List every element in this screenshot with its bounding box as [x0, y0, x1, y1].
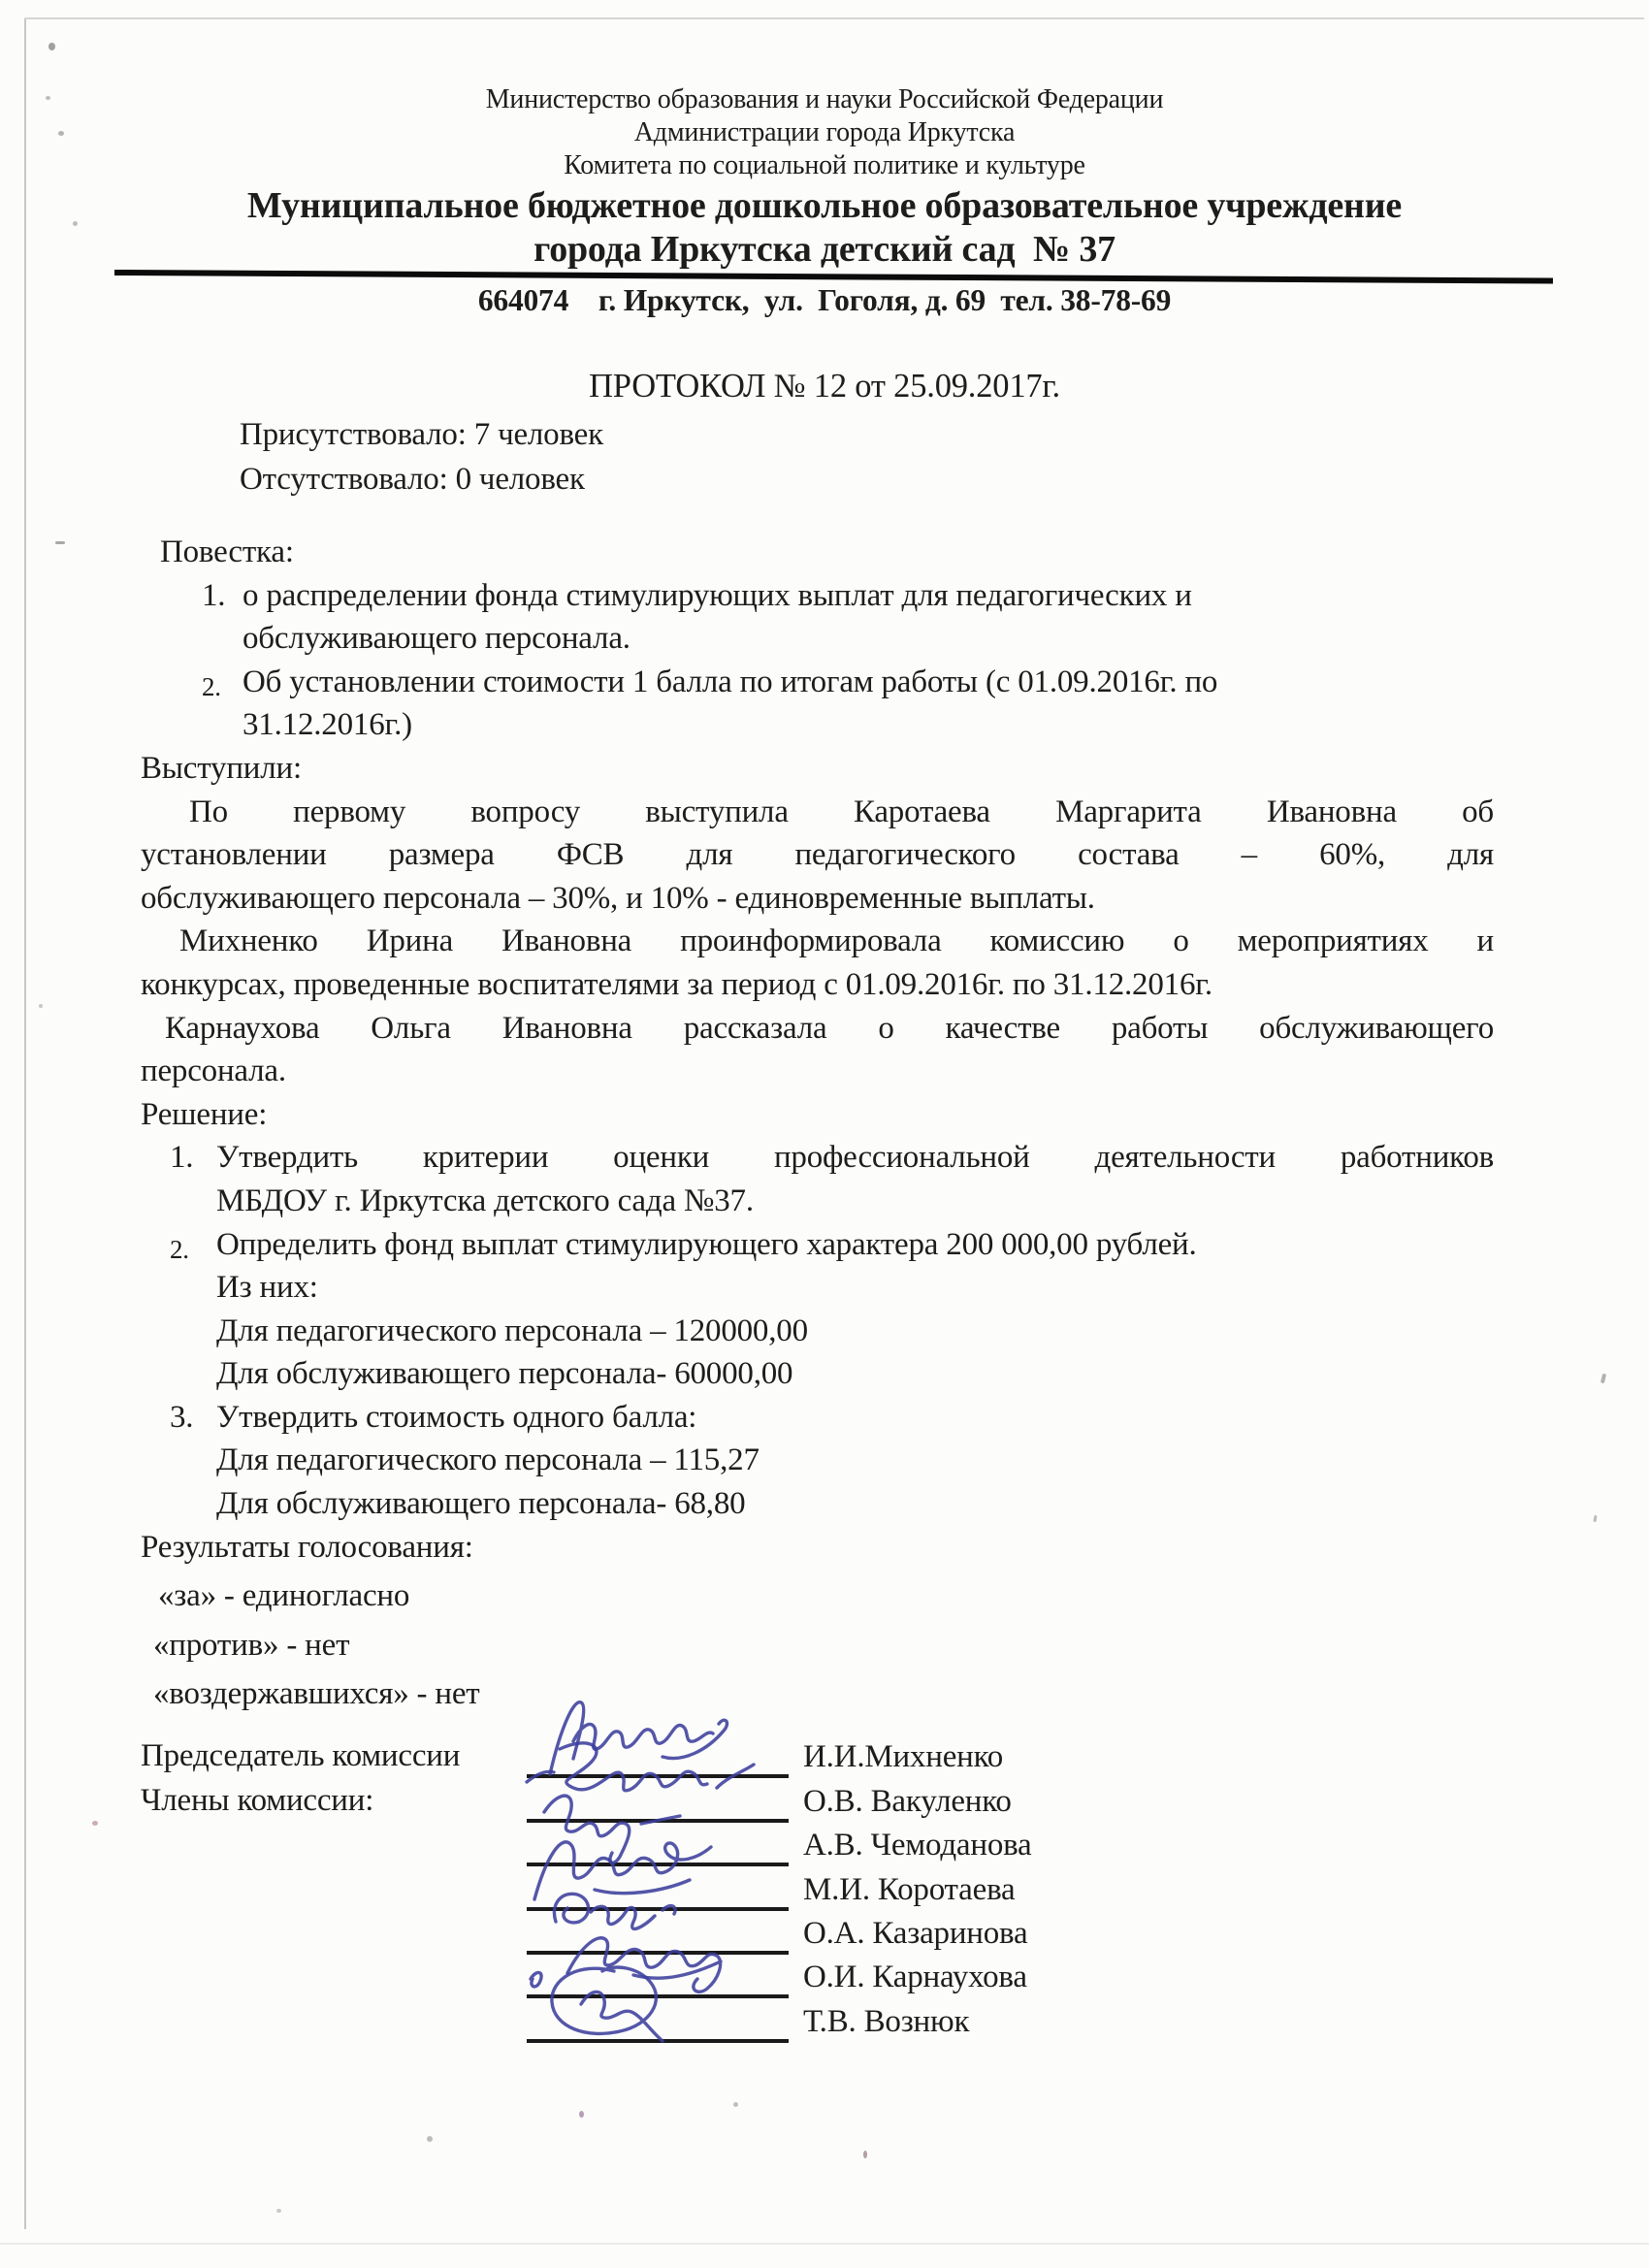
organization-name-line1: Муниципальное бюджетное дошкольное образ… — [0, 184, 1649, 228]
agenda-item-1-line-2: обслуживающего персонала. — [141, 617, 1494, 661]
scan-speck — [55, 541, 65, 544]
agenda-item-2: 2. Об установлении стоимости 1 балла по … — [141, 661, 1494, 704]
scan-speck — [427, 2136, 433, 2142]
decision-item-1-line-2: МБДОУ г. Иркутска детского сада №37. — [141, 1180, 1494, 1223]
scan-speck — [1600, 1374, 1606, 1384]
decision-item-2-line-4: Для обслуживающего персонала- 60000,00 — [141, 1352, 1494, 1396]
scan-speck — [39, 1004, 43, 1008]
decision-item-1-number: 1. — [170, 1136, 193, 1180]
signature-row-member: Т.В. Вознюк — [141, 1998, 1305, 2042]
signatory-name: М.И. Коротаева — [789, 1872, 1015, 1911]
letterhead-address: 664074 г. Иркутск, ул. Гоголя, д. 69 тел… — [0, 283, 1649, 318]
organization-name: Муниципальное бюджетное дошкольное образ… — [0, 184, 1649, 272]
decision-item-3-line-2: Для педагогического персонала – 115,27 — [141, 1439, 1494, 1482]
decision-item-3-number: 3. — [170, 1396, 193, 1440]
decision-item-3-line-1: Утвердить стоимость одного балла: — [216, 1396, 1494, 1440]
signature-role-label: Члены комиссии: — [141, 1783, 527, 1823]
scan-page-edge-top — [24, 17, 1644, 19]
scan-speck — [92, 1821, 98, 1826]
agenda-item-2-number: 2. — [202, 665, 221, 709]
protocol-title: ПРОТОКОЛ № 12 от 25.09.2017г. — [0, 368, 1649, 405]
speech-paragraph-2-line-2: конкурсах, проведенные воспитателями за … — [141, 963, 1494, 1007]
attendance-absent: Отсутствовало: 0 человек — [240, 458, 603, 502]
signatory-name: И.И.Михненко — [789, 1739, 1003, 1778]
scan-speck — [579, 2111, 584, 2118]
letterhead-committee-line: Комитета по социальной политике и культу… — [0, 149, 1649, 182]
signatory-name: О.А. Казаринова — [789, 1916, 1027, 1955]
scan-speck — [48, 43, 55, 50]
decision-item-1: 1. Утвердить критерии оценки профессиона… — [141, 1136, 1494, 1180]
attendance-present: Присутствовало: 7 человек — [240, 413, 603, 458]
voting-against: «против» - нет — [141, 1624, 1494, 1668]
signatory-name: О.В. Вакуленко — [789, 1784, 1012, 1823]
signature-role-label: Председатель комиссии — [141, 1738, 527, 1778]
speech-paragraph-1-line-3: обслуживающего персонала – 30%, и 10% - … — [141, 877, 1494, 921]
decision-item-2-line-2: Из них: — [141, 1266, 1494, 1310]
agenda-item-2-line-2: 31.12.2016г.) — [141, 703, 1494, 747]
organization-name-line2: города Иркутска детский сад № 37 — [0, 228, 1649, 272]
decision-item-2-line-1: Определить фонд выплат стимулирующего ха… — [216, 1223, 1494, 1267]
speech-paragraph-3-line-2: персонала. — [141, 1050, 1494, 1093]
speech-paragraph-1-line-2: установлении размера ФСВ для педагогичес… — [141, 833, 1494, 877]
agenda-item-1-line-1: о распределении фонда стимулирующих выпл… — [242, 574, 1494, 618]
voting-for: «за» - единогласно — [141, 1574, 1494, 1618]
letterhead-ministry-line: Министерство образования и науки Российс… — [0, 83, 1649, 116]
signatory-name: Т.В. Вознюк — [789, 2004, 969, 2043]
protocol-document-page: Министерство образования и науки Российс… — [0, 0, 1649, 2268]
decision-item-3: 3. Утвердить стоимость одного балла: — [141, 1396, 1494, 1440]
decision-heading: Решение: — [141, 1093, 1494, 1137]
speeches-heading: Выступили: — [141, 747, 1494, 791]
attendance-block: Присутствовало: 7 человек Отсутствовало:… — [240, 413, 603, 502]
signatory-name: А.В. Чемоданова — [789, 1828, 1032, 1866]
signature-block: Председатель комиссии И.И.Михненко Члены… — [141, 1734, 1305, 2043]
scan-speck — [863, 2151, 867, 2158]
speech-paragraph-1-line-1: По первому вопросу выступила Каротаева М… — [141, 791, 1494, 834]
speech-paragraph-3-line-1: Карнаухова Ольга Ивановна рассказала о к… — [141, 1007, 1494, 1051]
decision-item-2-line-3: Для педагогического персонала – 120000,0… — [141, 1310, 1494, 1353]
signature-line — [527, 1994, 789, 2042]
signatory-name: О.И. Карнаухова — [789, 1960, 1027, 1998]
letterhead: Министерство образования и науки Российс… — [0, 83, 1649, 182]
decision-item-3-line-3: Для обслуживающего персонала- 68,80 — [141, 1482, 1494, 1526]
letterhead-rule — [114, 270, 1553, 284]
voting-abstained: «воздержавшихся» - нет — [141, 1672, 1494, 1716]
letterhead-administration-line: Администрации города Иркутска — [0, 116, 1649, 149]
agenda-item-1: 1. о распределении фонда стимулирующих в… — [141, 574, 1494, 618]
scan-speck — [276, 2209, 281, 2213]
signature-role-label — [141, 2039, 527, 2043]
decision-item-2-number: 2. — [170, 1228, 189, 1272]
scan-speck — [733, 2102, 738, 2107]
agenda-item-1-number: 1. — [202, 574, 225, 618]
scan-page-edge-bottom — [0, 2243, 1649, 2245]
signature-ink-icon — [517, 1946, 779, 2053]
scan-speck — [1593, 1515, 1597, 1522]
agenda-item-2-line-1: Об установлении стоимости 1 балла по ито… — [242, 661, 1494, 704]
decision-item-2: 2. Определить фонд выплат стимулирующего… — [141, 1223, 1494, 1267]
agenda-heading: Повестка: — [141, 531, 1494, 574]
voting-heading: Результаты голосования: — [141, 1526, 1494, 1570]
scan-page-edge-left — [24, 17, 26, 2229]
protocol-body: Повестка: 1. о распределении фонда стиму… — [141, 531, 1494, 1716]
speech-paragraph-2-line-1: Михненко Ирина Ивановна проинформировала… — [141, 920, 1494, 963]
decision-item-1-line-1: Утвердить критерии оценки профессиональн… — [216, 1136, 1494, 1180]
